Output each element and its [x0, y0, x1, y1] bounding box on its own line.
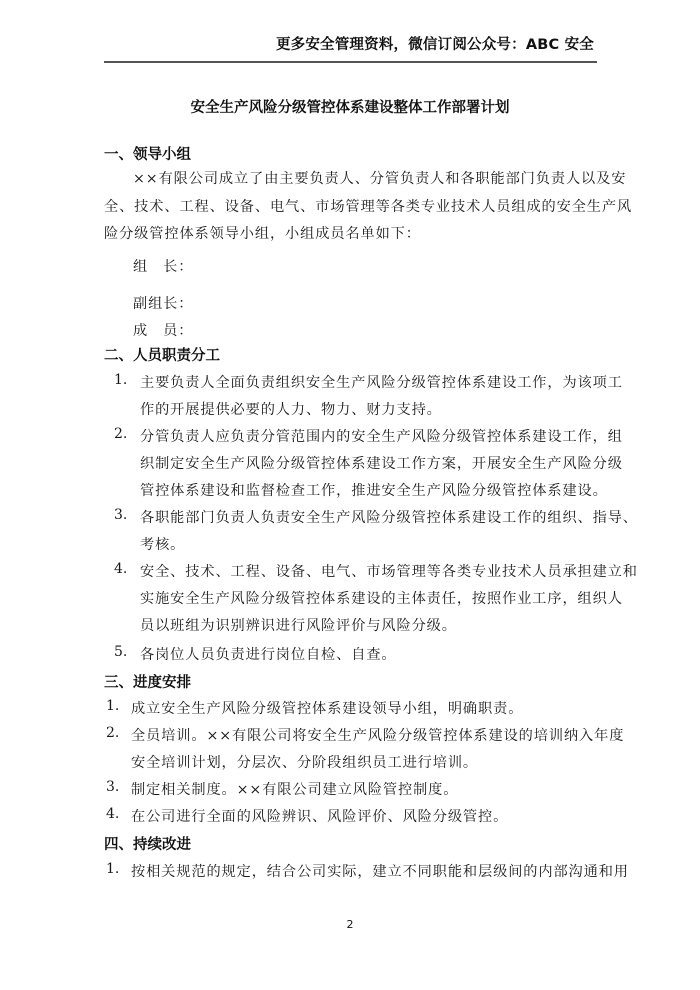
list-number: 1.	[106, 698, 119, 714]
section-heading: 二、人员职责分工	[104, 344, 220, 365]
paragraph-line: ××有限公司成立了由主要负责人、分管负责人和各职能部门负责人以及安	[133, 168, 626, 188]
list-item-line: 制定相关制度。××有限公司建立风险管控制度。	[131, 779, 458, 799]
list-item-line: 织制定安全生产风险分级管控体系建设工作方案，开展安全生产风险分级	[140, 453, 623, 473]
page-header: 更多安全管理资料，微信订阅公众号：ABC 安全	[276, 33, 594, 54]
section-heading: 一、领导小组	[104, 143, 191, 164]
list-item-line: 全员培训。××有限公司将安全生产风险分级管控体系建设的培训纳入年度	[131, 725, 624, 745]
roster-members: 成 员：	[133, 320, 193, 340]
list-number: 4.	[114, 561, 127, 577]
list-number: 5.	[114, 644, 127, 660]
list-item-line: 成立安全生产风险分级管控体系建设领导小组，明确职责。	[131, 698, 523, 718]
list-item-line: 按相关规范的规定，结合公司实际，建立不同职能和层级间的内部沟通和用	[131, 861, 629, 881]
list-item-line: 管控体系建设和监督检查工作，推进安全生产风险分级管控体系建设。	[140, 480, 608, 500]
page-number: 2	[0, 918, 700, 931]
section-heading: 四、持续改进	[104, 833, 191, 854]
list-number: 3.	[106, 779, 119, 795]
list-item-line: 安全、技术、工程、设备、电气、市场管理等各类专业技术人员承担建立和	[140, 561, 638, 581]
list-item-line: 各岗位人员负责进行岗位自检、自查。	[140, 644, 397, 664]
roster-deputy-leader: 副组长：	[133, 293, 193, 313]
list-number: 2.	[106, 725, 119, 741]
list-number: 3.	[114, 507, 127, 523]
section-heading: 三、进度安排	[104, 671, 191, 692]
header-divider	[104, 61, 597, 63]
paragraph-line: 全、技术、工程、设备、电气、市场管理等各类专业技术人员组成的安全生产风	[104, 196, 632, 216]
list-item-line: 在公司进行全面的风险辨识、风险评价、风险分级管控。	[131, 806, 508, 826]
list-item-line: 主要负责人全面负责组织安全生产风险分级管控体系建设工作，为该项工	[140, 372, 623, 392]
roster-leader: 组 长：	[133, 256, 193, 276]
list-item-line: 实施安全生产风险分级管控体系建设的主体责任，按照作业工序，组织人	[140, 588, 623, 608]
list-number: 1.	[106, 861, 119, 877]
list-item-line: 分管负责人应负责分管范围内的安全生产风险分级管控体系建设工作，组	[140, 426, 623, 446]
list-item-line: 作的开展提供必要的人力、物力、财力支持。	[140, 399, 442, 419]
list-number: 4.	[106, 806, 119, 822]
list-item-line: 员以班组为识别辨识进行风险评价与风险分级。	[140, 615, 457, 635]
list-number: 1.	[114, 372, 127, 388]
list-item-line: 各职能部门负责人负责安全生产风险分级管控体系建设工作的组织、指导、	[140, 507, 638, 527]
paragraph-line: 险分级管控体系领导小组，小组成员名单如下：	[104, 223, 421, 243]
list-number: 2.	[114, 426, 127, 442]
list-item-line: 考核。	[140, 534, 185, 554]
list-item-line: 安全培训计划，分层次、分阶段组织员工进行培训。	[131, 752, 478, 772]
document-title: 安全生产风险分级管控体系建设整体工作部署计划	[0, 96, 700, 117]
